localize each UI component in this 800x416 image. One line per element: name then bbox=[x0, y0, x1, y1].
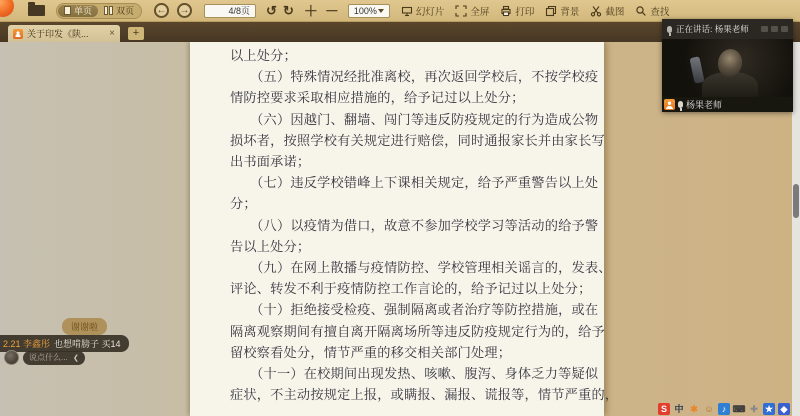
rotate-right-button[interactable]: ↻ bbox=[283, 4, 294, 17]
document-line: （八）以疫情为借口，故意不参加学校学习等活动的给予警 bbox=[230, 215, 562, 236]
single-page-icon bbox=[64, 6, 71, 15]
printer-icon bbox=[500, 5, 512, 17]
open-file-icon[interactable] bbox=[28, 5, 45, 16]
tray-icon[interactable]: S bbox=[658, 403, 670, 415]
participant-name: 杨果老师 bbox=[686, 98, 722, 111]
tray-icon[interactable]: ☺ bbox=[703, 403, 715, 415]
speaking-status: 正在讲话: 杨果老师 bbox=[676, 23, 749, 35]
slideshow-icon bbox=[401, 5, 413, 17]
document-line: 症状，不主动按规定上报，或瞒报、漏报、谎报等，情节严重的， bbox=[230, 384, 562, 405]
zoom-out-button[interactable]: － bbox=[325, 4, 339, 18]
fullscreen-button[interactable]: 全屏 bbox=[455, 4, 489, 18]
single-page-label: 单页 bbox=[74, 4, 92, 17]
video-call-overlay: 正在讲话: 杨果老师 杨果老师 bbox=[662, 19, 793, 112]
vertical-scrollbar[interactable] bbox=[792, 42, 800, 416]
document-line: 隔离观察期间有擅自离开隔离场所等违反防疫规定行为的，给予 bbox=[230, 321, 562, 342]
document-line: 留校察看处分，情节严重的移交相关部门处理； bbox=[230, 342, 562, 363]
fullscreen-label: 全屏 bbox=[470, 4, 489, 18]
tray-icon[interactable]: ◆ bbox=[778, 403, 790, 415]
chat-message-text: 也想啃膀子 买14 bbox=[54, 339, 121, 349]
double-page-label: 双页 bbox=[116, 4, 134, 17]
caret-down-icon bbox=[378, 9, 384, 13]
find-button[interactable]: 查找 bbox=[635, 4, 669, 18]
slideshow-label: 幻灯片 bbox=[416, 4, 445, 18]
document-line: 出书面承诺； bbox=[230, 151, 562, 172]
chat-bubble: 谢谢啦 bbox=[62, 318, 107, 335]
document-line: （十）拒绝接受检疫、强制隔离或者治疗等防控措施，或在 bbox=[230, 299, 562, 320]
document-line: 分； bbox=[230, 193, 562, 214]
tray-icon[interactable]: ♪ bbox=[718, 403, 730, 415]
document-line: （五）特殊情况经批准离校，再次返回学校后，不按学校疫 bbox=[230, 66, 562, 87]
tray-icon[interactable]: ⌨ bbox=[733, 403, 745, 415]
rotate-left-button[interactable]: ↺ bbox=[266, 4, 277, 17]
screenshot-button[interactable]: 截图 bbox=[590, 4, 624, 18]
zoom-level-value: 100% bbox=[354, 6, 377, 16]
video-feed[interactable] bbox=[662, 39, 793, 97]
microphone-icon bbox=[678, 101, 683, 108]
background-button[interactable]: 背景 bbox=[545, 4, 579, 18]
double-page-icon bbox=[104, 6, 113, 15]
participant-name-bar: 杨果老师 bbox=[662, 97, 793, 112]
tray-icon[interactable]: ✚ bbox=[748, 403, 760, 415]
back-button[interactable]: ← bbox=[154, 3, 169, 18]
document-page: 以上处分； （五）特殊情况经批准离校，再次返回学校后，不按学校疫 情防控要求采取… bbox=[190, 42, 604, 416]
back-arrow-icon: ← bbox=[157, 5, 167, 16]
document-line: 以上处分； bbox=[230, 45, 562, 66]
chat-input-pill[interactable]: ❮ bbox=[23, 351, 85, 365]
document-line: （九）在网上散播与疫情防控、学校管理相关谣言的，发表、 bbox=[230, 257, 562, 278]
tab-favicon-icon bbox=[13, 29, 23, 39]
background-icon bbox=[545, 5, 557, 17]
forward-button[interactable]: → bbox=[177, 3, 192, 18]
avatar[interactable] bbox=[4, 350, 19, 365]
document-text: 以上处分； （五）特殊情况经批准离校，再次返回学校后，不按学校疫 情防控要求采取… bbox=[230, 45, 562, 405]
video-glare bbox=[689, 56, 704, 84]
page-indicator[interactable]: 4/8页 bbox=[204, 4, 256, 18]
scissors-icon bbox=[590, 5, 602, 17]
app-logo-icon[interactable] bbox=[0, 0, 14, 17]
chat-message-sender: 2.21 李鑫彤 bbox=[3, 339, 50, 349]
tab-title: 关于印发《陕... bbox=[27, 27, 105, 40]
pdf-reader-window: 单页 双页 ← → 4/8页 ↺ ↻ ＋ － 100% 幻灯片 全屏 打印 bbox=[0, 0, 800, 416]
microphone-icon bbox=[667, 26, 672, 33]
video-call-controls[interactable] bbox=[761, 26, 788, 32]
document-line: 损坏者，按照学校有关规定进行赔偿，同时通报家长并由家长写 bbox=[230, 130, 562, 151]
search-icon bbox=[635, 5, 647, 17]
slideshow-button[interactable]: 幻灯片 bbox=[401, 4, 445, 18]
zoom-level-select[interactable]: 100% bbox=[348, 4, 390, 18]
tab-close-icon[interactable]: × bbox=[109, 28, 115, 39]
tray-icon[interactable]: 中 bbox=[673, 403, 685, 415]
print-button[interactable]: 打印 bbox=[500, 4, 534, 18]
background-label: 背景 bbox=[560, 4, 579, 18]
document-line: （六）因越门、翻墙、闯门等违反防疫规定的行为造成公物 bbox=[230, 109, 562, 130]
tab-document[interactable]: 关于印发《陕... × bbox=[8, 25, 120, 42]
document-line: 告以上处分； bbox=[230, 236, 562, 257]
chat-input[interactable] bbox=[29, 353, 71, 362]
screenshot-label: 截图 bbox=[605, 4, 624, 18]
scrollbar-thumb[interactable] bbox=[793, 184, 799, 218]
chat-input-row: ❮ bbox=[4, 350, 85, 365]
tray-icon[interactable]: ★ bbox=[763, 403, 775, 415]
participant-avatar-icon bbox=[664, 99, 675, 110]
tray-icon[interactable]: ✱ bbox=[688, 403, 700, 415]
document-line: 评论、转发不利于疫情防控工作言论的，给予记过以上处分； bbox=[230, 278, 562, 299]
double-page-button[interactable]: 双页 bbox=[98, 5, 140, 17]
fullscreen-icon bbox=[455, 5, 467, 17]
document-line: （十一）在校期间出现发热、咳嗽、腹泻、身体乏力等疑似 bbox=[230, 363, 562, 384]
zoom-in-button[interactable]: ＋ bbox=[304, 4, 318, 18]
forward-arrow-icon: → bbox=[180, 5, 190, 16]
new-tab-button[interactable]: + bbox=[128, 27, 144, 40]
single-page-button[interactable]: 单页 bbox=[58, 5, 98, 17]
page-view-toggle: 单页 双页 bbox=[56, 3, 142, 19]
find-label: 查找 bbox=[650, 4, 669, 18]
document-line: 情防控要求采取相应措施的，给予记过以上处分； bbox=[230, 87, 562, 108]
document-line: （七）违反学校错峰上下课相关规定，给予严重警告以上处 bbox=[230, 172, 562, 193]
system-tray: S 中 ✱ ☺ ♪ ⌨ ✚ ★ ◆ bbox=[658, 403, 790, 415]
collapse-chat-icon[interactable]: ❮ bbox=[73, 354, 79, 362]
video-call-header[interactable]: 正在讲话: 杨果老师 bbox=[662, 19, 793, 39]
print-label: 打印 bbox=[515, 4, 534, 18]
